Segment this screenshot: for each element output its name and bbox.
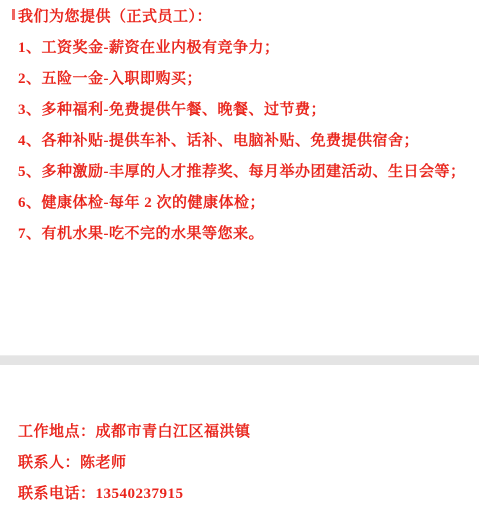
- section-divider: [0, 355, 479, 365]
- contact-location-value: 成都市青白江区福洪镇: [96, 424, 251, 440]
- benefit-item-6: 6、健康体检-每年 2 次的健康体检；: [18, 193, 471, 214]
- benefit-item-5: 5、多种激励-丰厚的人才推荐奖、每月举办团建活动、生日会等；: [18, 162, 471, 183]
- contact-person-value: 陈老师: [80, 455, 127, 471]
- benefit-item-1: 1、工资奖金-薪资在业内极有竞争力；: [18, 38, 471, 59]
- benefit-item-4: 4、各种补贴-提供车补、话补、电脑补贴、免费提供宿舍；: [18, 131, 471, 152]
- benefit-item-3: 3、多种福利-免费提供午餐、晚餐、过节费；: [18, 100, 471, 121]
- benefits-section: 我们为您提供（正式员工）： 1、工资奖金-薪资在业内极有竞争力； 2、五险一金-…: [18, 7, 471, 255]
- contact-phone-value: 13540237915: [96, 486, 184, 502]
- contact-person-label: 联系人：: [18, 455, 80, 471]
- contact-phone-line: 联系电话：13540237915: [18, 484, 471, 505]
- benefit-item-7: 7、有机水果-吃不完的水果等您来。: [18, 224, 471, 245]
- benefits-header: 我们为您提供（正式员工）：: [18, 7, 471, 28]
- contact-location-label: 工作地点：: [18, 424, 96, 440]
- contact-phone-label: 联系电话：: [18, 486, 96, 502]
- text-cursor-mark: [12, 9, 15, 20]
- contact-section: 工作地点：成都市青白江区福洪镇 联系人：陈老师 联系电话：13540237915: [18, 422, 471, 515]
- contact-person-line: 联系人：陈老师: [18, 453, 471, 474]
- contact-location-line: 工作地点：成都市青白江区福洪镇: [18, 422, 471, 443]
- benefit-item-2: 2、五险一金-入职即购买；: [18, 69, 471, 90]
- job-posting-page: 我们为您提供（正式员工）： 1、工资奖金-薪资在业内极有竞争力； 2、五险一金-…: [0, 0, 479, 518]
